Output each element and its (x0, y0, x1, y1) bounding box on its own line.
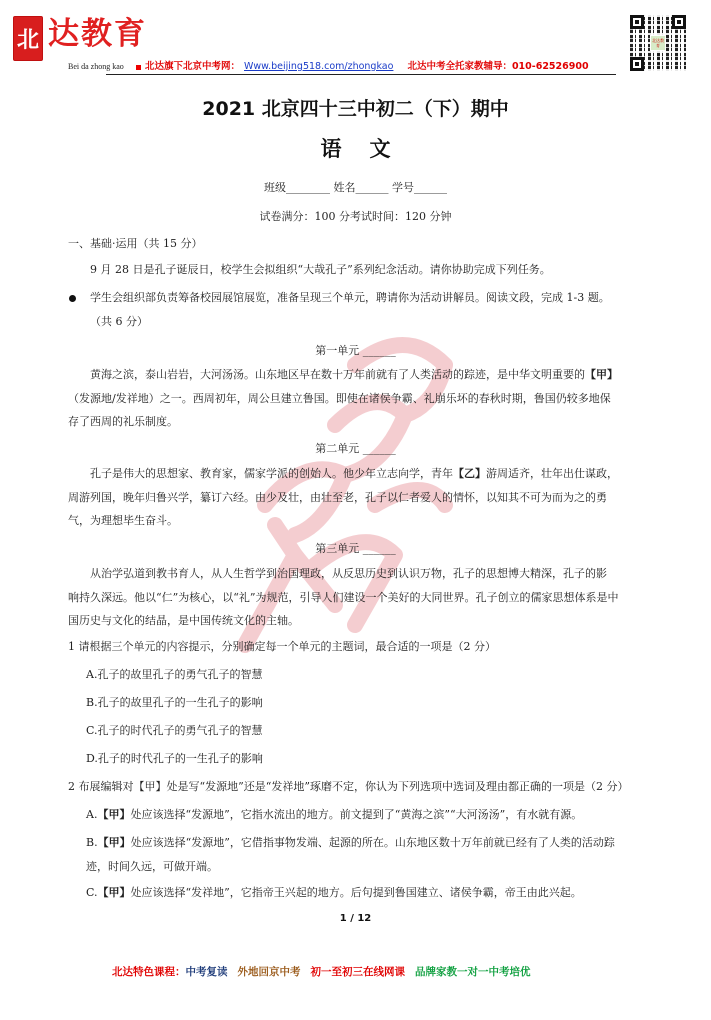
blank-marker: 【甲】 (98, 886, 131, 899)
hotline: 北达中考全托家教辅导：010-62526900 (407, 61, 588, 72)
subject-title: 语文 (0, 133, 711, 163)
unit-text-line: 国历史与文化的结晶，是中国传统文化的主轴。 (68, 614, 299, 628)
blank-marker: 【甲】 (97, 808, 130, 821)
unit-text: 黄海之滨，泰山岩岩，大河汤汤。山东地区早在数十万年前就有了人类活动的踪迹，是中华… (90, 368, 618, 382)
square-bullet-icon (136, 65, 141, 70)
unit-title: 第三单元 ______ (0, 540, 711, 556)
question-stem: 2 布展编辑对【甲】处是写“发源地”还是“发祥地”琢磨不定，你认为下列选项中选词… (68, 780, 628, 794)
unit-text: 孔子是伟大的思想家、教育家，儒家学派的创始人。他少年立志向学，青年【乙】游周适齐… (90, 467, 618, 481)
blank-marker: 【甲】 (98, 836, 131, 849)
section-intro: 9 月 28 日是孔子诞辰日，校学生会拟组织“大哉孔子”系列纪念活动。请你协助完… (90, 263, 551, 277)
qr-code-icon: 北达教育 (630, 15, 686, 71)
unit-text-line: 周游列国，晚年归鲁兴学，纂订六经。由少及壮，由壮至老，孔子以仁者爱人的情怀，以知… (68, 491, 607, 505)
footer-courses: 北达特色课程：中考复读外地回京中考初一至初三在线网课品牌家教一对一中考培优 (112, 964, 541, 979)
qr-finder (672, 15, 686, 29)
option-label: A. (86, 808, 97, 821)
exam-info: 试卷满分：100 分考试时间：120 分钟 (0, 208, 711, 224)
option-b: B.孔子的故里孔子的一生孔子的影响 (86, 696, 263, 710)
qr-finder (630, 57, 644, 71)
logo-char: 北 (17, 23, 39, 54)
header-info-line: 北达旗下北京中考网：Www.beijing518.com/zhongkao北达中… (145, 58, 589, 72)
option-label: B. (86, 836, 98, 849)
option-label: C. (86, 886, 98, 899)
page-header: 北 达教育 Bei da zhong kao 北达旗下北京中考网：Www.bei… (0, 0, 711, 82)
unit-text-line: 黄海之滨，泰山岩岩，大河汤汤。山东地区早在数十万年前就有了人类活动的踪迹，是中华… (90, 368, 585, 381)
footer-item: 中考复读 (186, 966, 228, 978)
footer-label: 北达特色课程： (112, 966, 186, 978)
footer-item: 外地回京中考 (238, 966, 301, 978)
bullet-icon (69, 295, 76, 302)
page-number: 1 / 12 (0, 913, 711, 924)
student-fields: 班级________ 姓名______ 学号______ (0, 179, 711, 195)
unit-title: 第二单元 ______ (0, 440, 711, 456)
option-d: D.孔子的时代孔子的一生孔子的影响 (86, 752, 263, 766)
unit-text-line: 孔子是伟大的思想家、教育家，儒家学派的创始人。他少年立志向学，青年 (90, 467, 453, 480)
logo-text: 达教育 (48, 16, 147, 52)
option-text: 处应该选择“发源地”，它指水流出的地方。前文提到了“黄海之滨”“大河汤汤”，有水… (130, 808, 582, 821)
unit-title: 第一单元 ______ (0, 342, 711, 358)
section-heading: 一、基础·运用（共 15 分） (68, 237, 203, 251)
option-b-continued: 迹，时间久远，可做开端。 (86, 860, 218, 874)
footer-item: 初一至初三在线网课 (311, 966, 406, 978)
option-b: B.【甲】处应该选择“发源地”，它借指事物发端、起源的所在。山东地区数十万年前就… (86, 836, 615, 850)
site-label: 北达旗下北京中考网： (145, 61, 240, 72)
option-a: A.孔子的故里孔子的勇气孔子的智慧 (86, 668, 262, 682)
qr-finder (630, 15, 644, 29)
option-text: 处应该选择“发源地”，它借指事物发端、起源的所在。山东地区数十万年前就已经有了人… (131, 836, 615, 849)
site-link[interactable]: Www.beijing518.com/zhongkao (244, 61, 393, 72)
logo-mark: 北 (13, 16, 43, 61)
unit-text-line: 响持久深远。他以“仁”为核心，以“礼”为规范，引导人们建设一个美好的大同世界。孔… (68, 591, 619, 605)
footer-item: 品牌家教一对一中考培优 (415, 966, 531, 978)
blank-marker: 【甲】 (585, 368, 618, 381)
task-points: （共 6 分） (90, 315, 148, 329)
option-c: C.孔子的时代孔子的勇气孔子的智慧 (86, 724, 263, 738)
task-description: 学生会组织部负责筹备校园展馆展览，准备呈现三个单元，聘请你为活动讲解员。阅读文段… (90, 291, 610, 305)
blank-marker: 【乙】 (453, 467, 486, 480)
unit-text-line: 气，为理想毕生奋斗。 (68, 514, 178, 528)
unit-text-line: 游周适齐，壮年出仕谋政， (486, 467, 618, 480)
unit-text-line: 从治学弘道到教书育人，从人生哲学到治国理政，从反思历史到认识万物，孔子的思想博大… (90, 567, 607, 581)
logo-subtitle: Bei da zhong kao (68, 62, 124, 71)
document-title: 2021 北京四十三中初二（下）期中 (0, 94, 711, 121)
option-c: C.【甲】处应该选择“发祥地”，它指帝王兴起的地方。后句提到鲁国建立、诸侯争霸，… (86, 886, 582, 900)
question-stem: 1 请根据三个单元的内容提示，分别确定每一个单元的主题词，最合适的一项是（2 分… (68, 640, 496, 654)
unit-text-line: 存了西周的礼乐制度。 (68, 415, 178, 429)
option-text: 处应该选择“发祥地”，它指帝王兴起的地方。后句提到鲁国建立、诸侯争霸，帝王由此兴… (131, 886, 582, 899)
header-divider (106, 74, 616, 75)
unit-text-line: （发源地/发祥地）之一。西周初年，周公旦建立鲁国。即使在诸侯争霸、礼崩乐坏的春秋… (68, 392, 611, 406)
qr-center-logo: 北达教育 (650, 35, 666, 51)
option-a: A.【甲】处应该选择“发源地”，它指水流出的地方。前文提到了“黄海之滨”“大河汤… (86, 808, 582, 822)
